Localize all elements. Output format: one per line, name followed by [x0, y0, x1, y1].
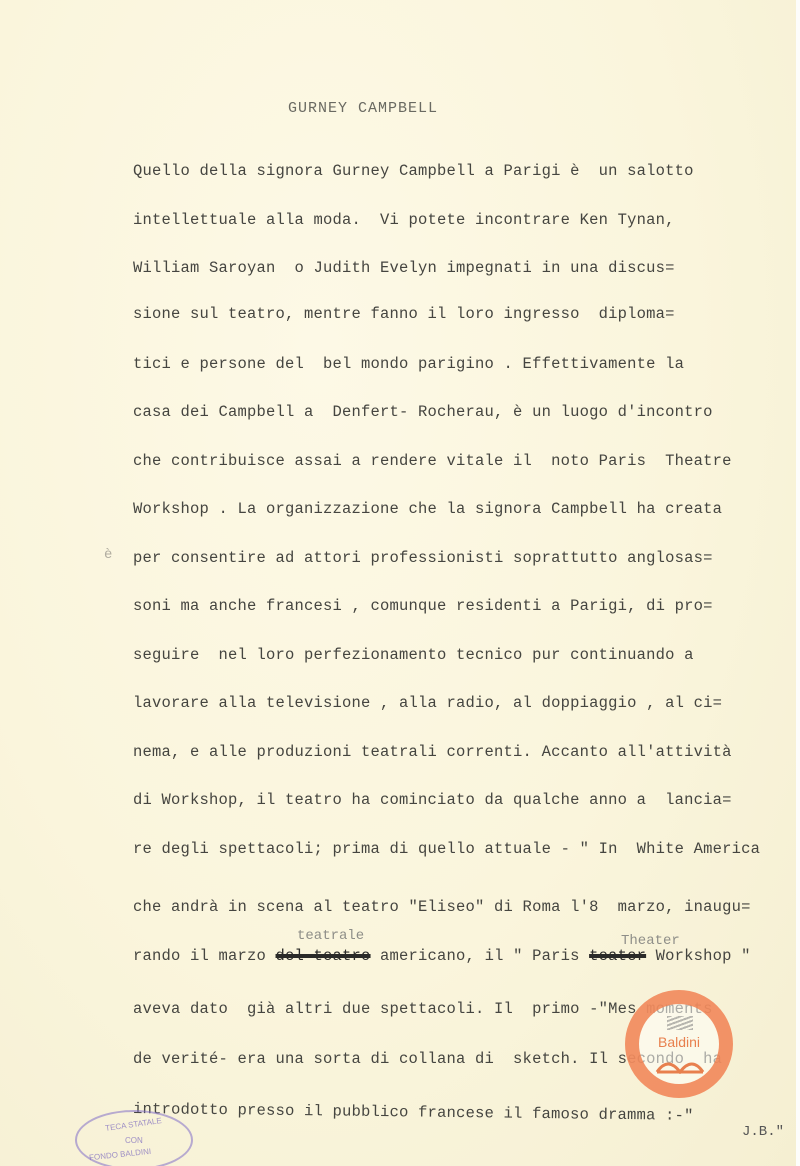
stamp-text: CON: [125, 1136, 143, 1145]
text-line: Workshop . La organizzazione che la sign…: [133, 500, 722, 518]
text-line: nema, e alle produzioni teatrali corrent…: [133, 743, 732, 761]
open-book-icon: [655, 1054, 705, 1074]
text-line: re degli spettacoli; prima di quello att…: [133, 840, 760, 858]
text-line: Quello della signora Gurney Campbell a P…: [133, 162, 694, 180]
text-line: che andrà in scena al teatro "Eliseo" di…: [133, 898, 751, 916]
text-line: soni ma anche francesi , comunque reside…: [133, 597, 713, 615]
stamp-brand: Baldini: [639, 1034, 719, 1050]
text-line: intellettuale alla moda. Vi potete incon…: [133, 211, 675, 229]
text-line: aveva dato già altri due spettacoli. Il …: [133, 1000, 713, 1018]
text-line: lavorare alla televisione , alla radio, …: [133, 694, 722, 712]
struck-text: del teatro: [276, 947, 371, 965]
document-page: GURNEY CAMPBELL è Quello della signora G…: [0, 0, 796, 1166]
stamp-lines-icon: [667, 1016, 693, 1030]
text-line: per consentire ad attori professionisti …: [133, 549, 713, 567]
document-title: GURNEY CAMPBELL: [288, 100, 438, 117]
struck-text: teater: [589, 947, 646, 965]
text-segment: Workshop ": [646, 947, 751, 965]
text-line: William Saroyan o Judith Evelyn impegnat…: [133, 259, 675, 277]
text-line-with-corrections: rando il marzo del teatro americano, il …: [133, 947, 751, 965]
baldini-stamp: Baldini: [625, 990, 733, 1098]
text-line: tici e persone del bel mondo parigino . …: [133, 355, 684, 373]
margin-note: è: [104, 547, 112, 563]
text-line: di Workshop, il teatro ha cominciato da …: [133, 791, 732, 809]
text-segment: americano, il " Paris: [371, 947, 590, 965]
text-line: introdotto presso il pubblico francese i…: [133, 1100, 694, 1125]
text-line: che contribuisce assai a rendere vitale …: [133, 452, 732, 470]
text-segment: rando il marzo: [133, 947, 276, 965]
library-stamp: TECA STATALE CON FONDO BALDINI: [75, 1110, 193, 1166]
initials: J.B.": [742, 1124, 784, 1140]
stamp-text: TECA STATALE: [105, 1116, 163, 1133]
text-line: seguire nel loro perfezionamento tecnico…: [133, 646, 694, 664]
page-edge: [796, 0, 800, 1166]
stamp-text: FONDO BALDINI: [89, 1147, 152, 1162]
text-line: casa dei Campbell a Denfert- Rocherau, è…: [133, 403, 713, 421]
text-line: sione sul teatro, mentre fanno il loro i…: [133, 305, 675, 323]
interlinear-correction-teatrale: teatrale: [297, 928, 364, 944]
